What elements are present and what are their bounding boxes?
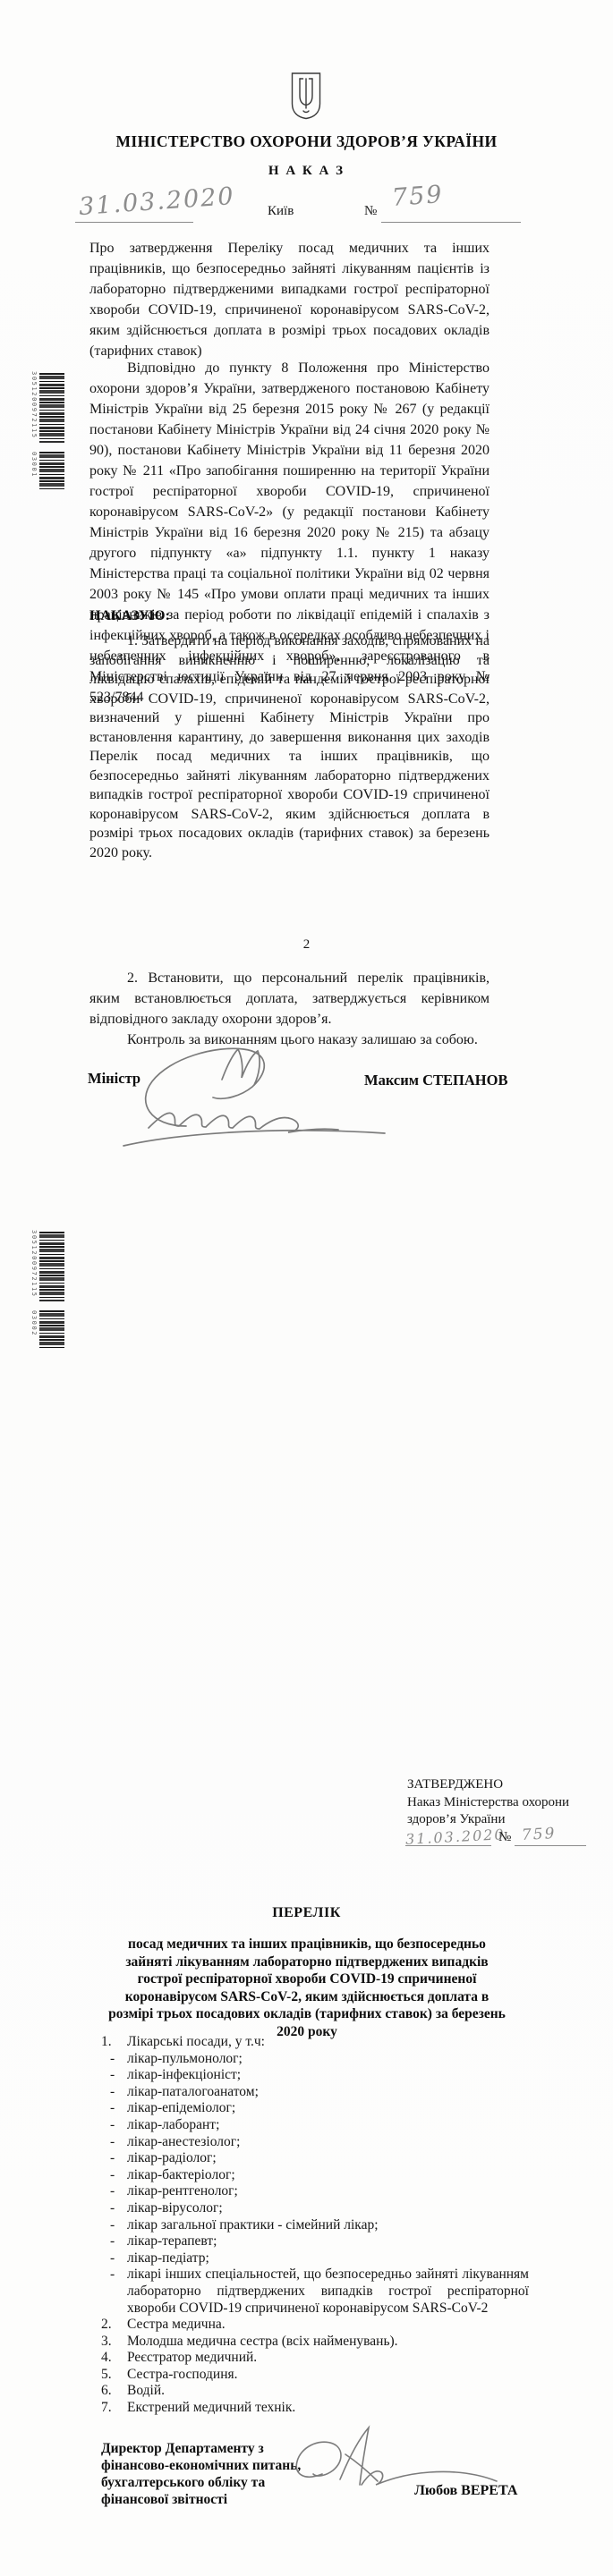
list-item: -лікар-пульмонолог; — [110, 2051, 529, 2068]
list-item-text: Водій. — [127, 2383, 529, 2400]
list-marker: - — [110, 2100, 127, 2117]
list-item: -лікар-педіатр; — [110, 2250, 529, 2267]
barcode-bars — [39, 1232, 64, 1301]
list-item-text: лікар загальної практики - сімейний ліка… — [127, 2217, 529, 2234]
handwritten-date: 31.03.2020 — [78, 182, 235, 221]
barcode-page-code-text: 03001 — [30, 452, 38, 478]
list-item-text: Екстрений медичний технік. — [127, 2400, 529, 2417]
list-item-text: лікар-паталогоанатом; — [127, 2084, 529, 2101]
approved-order-line: Наказ Міністерства охорони — [407, 1794, 595, 1812]
list-item-text: Сестра медична. — [127, 2317, 529, 2334]
list-marker: - — [110, 2167, 127, 2184]
list-item: -лікар-паталогоанатом; — [110, 2084, 529, 2101]
list-item-text: Реєстратор медичний. — [127, 2350, 529, 2367]
barcode-number-text: 3051200972115 — [30, 371, 38, 439]
list-item-text: лікар-бактеріолог; — [127, 2167, 529, 2184]
list-item: 7.Екстрений медичний технік. — [101, 2400, 529, 2417]
list-item: 5.Сестра-господиня. — [101, 2367, 529, 2384]
list-item: 1.Лікарські посади, у т.ч: — [101, 2034, 529, 2051]
date-underline — [75, 222, 193, 223]
list-marker: 7. — [101, 2400, 127, 2417]
barcode-number-text: 3051200972115 — [30, 1230, 38, 1298]
list-item: -лікар-терапевт; — [110, 2233, 529, 2250]
list-title: ПЕРЕЛІК — [0, 1905, 613, 1921]
list-item: -лікар-анестезіолог; — [110, 2134, 529, 2151]
approved-number-sign: № — [498, 1829, 511, 1847]
list-item: -лікар-рентгенолог; — [110, 2183, 529, 2200]
list-item-text: Молодша медична сестра (всіх найменувань… — [127, 2334, 529, 2351]
list-marker: - — [110, 2117, 127, 2134]
list-item: -лікар-вірусолог; — [110, 2200, 529, 2217]
ukraine-trident-emblem-icon — [290, 72, 322, 120]
list-item-text: лікар-радіолог; — [127, 2150, 529, 2167]
list-marker: - — [110, 2084, 127, 2101]
list-marker: 4. — [101, 2350, 127, 2367]
list-item-text: лікар-інфекціоніст; — [127, 2067, 529, 2084]
list-item: -лікар загальної практики - сімейний лік… — [110, 2217, 529, 2234]
minister-signature — [116, 1040, 394, 1152]
list-item: -лікар-бактеріолог; — [110, 2167, 529, 2184]
list-marker: - — [110, 2134, 127, 2151]
scanned-document: МІНІСТЕРСТВО ОХОРОНИ ЗДОРОВ’Я УКРАЇНИ Н … — [0, 0, 613, 2576]
list-item: -лікар-епідеміолог; — [110, 2100, 529, 2117]
list-marker: 3. — [101, 2334, 127, 2351]
list-marker: 2. — [101, 2317, 127, 2334]
number-sign: № — [364, 204, 377, 219]
handwritten-number: 759 — [391, 181, 445, 212]
list-item-text: лікар-лаборант; — [127, 2117, 529, 2134]
list-item-text: лікарі інших спеціальностей, що безпосер… — [127, 2267, 529, 2317]
list-item: -лікар-лаборант; — [110, 2117, 529, 2134]
approved-label: ЗАТВЕРДЖЕНО — [407, 1776, 595, 1794]
list-item-text: Сестра-господиня. — [127, 2367, 529, 2384]
positions-list: 1.Лікарські посади, у т.ч: -лікар-пульмо… — [101, 2034, 529, 2417]
ministry-name-heading: МІНІСТЕРСТВО ОХОРОНИ ЗДОРОВ’Я УКРАЇНИ — [0, 132, 613, 151]
director-name: Любов ВЕРЕТА — [414, 2483, 517, 2499]
list-marker: 1. — [101, 2034, 127, 2051]
list-item-text: Лікарські посади, у т.ч: — [127, 2034, 529, 2051]
list-marker: - — [110, 2200, 127, 2217]
registration-barcode-page2: 3051200972115 03002 — [30, 1230, 69, 1355]
order-heading: НАКАЗУЮ: — [89, 608, 170, 624]
list-marker: - — [110, 2217, 127, 2234]
list-marker: - — [110, 2067, 127, 2084]
approved-handwritten-number: 759 — [522, 1826, 557, 1844]
order-item-2-paragraph: 2. Встановити, що персональний перелік п… — [89, 968, 490, 1030]
list-item-text: лікар-епідеміолог; — [127, 2100, 529, 2117]
approved-number-underline — [515, 1845, 586, 1846]
list-item: -лікар-інфекціоніст; — [110, 2067, 529, 2084]
list-item-text: лікар-вірусолог; — [127, 2200, 529, 2217]
list-marker: - — [110, 2150, 127, 2167]
approved-date-number-line: 31.03.2020 № 759 — [407, 1829, 595, 1852]
order-subject-paragraph: Про затвердження Переліку посад медичних… — [89, 238, 490, 361]
registration-barcode-page1: 3051200972115 03001 — [30, 371, 69, 496]
number-underline — [381, 222, 521, 223]
list-item: 4.Реєстратор медичний. — [101, 2350, 529, 2367]
list-item: -лікарі інших спеціальностей, що безпосе… — [110, 2267, 529, 2317]
list-marker: - — [110, 2233, 127, 2250]
list-marker: - — [110, 2183, 127, 2200]
minister-name: Максим СТЕПАНОВ — [364, 1072, 507, 1089]
barcode-bars — [39, 452, 64, 491]
list-item-text: лікар-анестезіолог; — [127, 2134, 529, 2151]
list-marker: 6. — [101, 2383, 127, 2400]
list-item: 6.Водій. — [101, 2383, 529, 2400]
list-item-text: лікар-педіатр; — [127, 2250, 529, 2267]
approved-date-underline — [405, 1845, 491, 1846]
list-item-text: лікар-рентгенолог; — [127, 2183, 529, 2200]
barcode-page-code-text: 03002 — [30, 1310, 38, 1336]
page-number: 2 — [0, 937, 613, 953]
list-marker: - — [110, 2250, 127, 2267]
list-subtitle: посад медичних та інших працівників, що … — [106, 1936, 508, 2040]
date-number-line: 31.03.2020 Київ № 759 — [0, 172, 613, 222]
list-item: 3.Молодша медична сестра (всіх найменува… — [101, 2334, 529, 2351]
list-marker: 5. — [101, 2367, 127, 2384]
list-marker: - — [110, 2051, 127, 2068]
order-item-1-paragraph: 1. Затвердити на період виконання заході… — [89, 631, 490, 862]
list-item-text: лікар-пульмонолог; — [127, 2051, 529, 2068]
list-marker: - — [110, 2267, 127, 2317]
city-label: Київ — [268, 204, 294, 219]
list-item: 2.Сестра медична. — [101, 2317, 529, 2334]
approved-block: ЗАТВЕРДЖЕНО Наказ Міністерства охорони з… — [407, 1776, 595, 1852]
barcode-bars — [39, 1310, 64, 1350]
list-item: -лікар-радіолог; — [110, 2150, 529, 2167]
list-item-text: лікар-терапевт; — [127, 2233, 529, 2250]
barcode-bars — [39, 373, 64, 443]
